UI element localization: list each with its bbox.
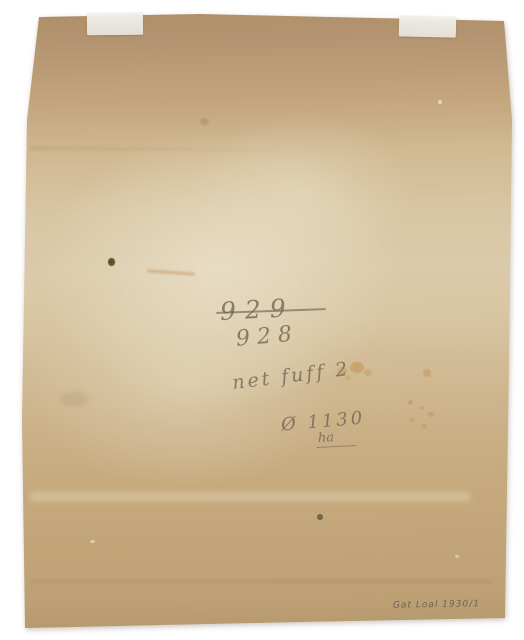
corner-inscription: Gat Loal 1930/1 <box>393 599 480 611</box>
dark-spot-stain <box>317 514 323 520</box>
light-streak <box>30 492 470 501</box>
foxing-stain <box>428 412 434 417</box>
paper-fleck <box>438 100 442 104</box>
faint-blind-stamp <box>60 392 88 406</box>
foxing-stain <box>420 406 424 410</box>
photo-stage: 929 928 net fuff 2 Ø 1130 ha Gat Loal 19… <box>0 0 524 640</box>
ink-spot-stain <box>108 258 115 266</box>
foxing-stain <box>408 400 413 405</box>
foxing-stain <box>364 369 372 376</box>
handwritten-word-underlined: ha <box>316 429 357 448</box>
small-brown-stain <box>200 118 209 125</box>
paper-fleck <box>455 555 459 558</box>
foxing-stain <box>350 362 364 373</box>
foxing-stain <box>410 418 414 422</box>
tape-top-right <box>399 15 456 37</box>
paper-shadow-wrap: 929 928 net fuff 2 Ø 1130 ha Gat Loal 19… <box>0 0 524 640</box>
tape-top-left <box>87 13 143 35</box>
crease-line-bottom <box>30 580 492 583</box>
paper-verso: 929 928 net fuff 2 Ø 1130 ha Gat Loal 19… <box>0 0 524 640</box>
foxing-stain <box>423 369 431 377</box>
paper-fleck <box>90 540 95 543</box>
foxing-stain <box>422 424 427 429</box>
